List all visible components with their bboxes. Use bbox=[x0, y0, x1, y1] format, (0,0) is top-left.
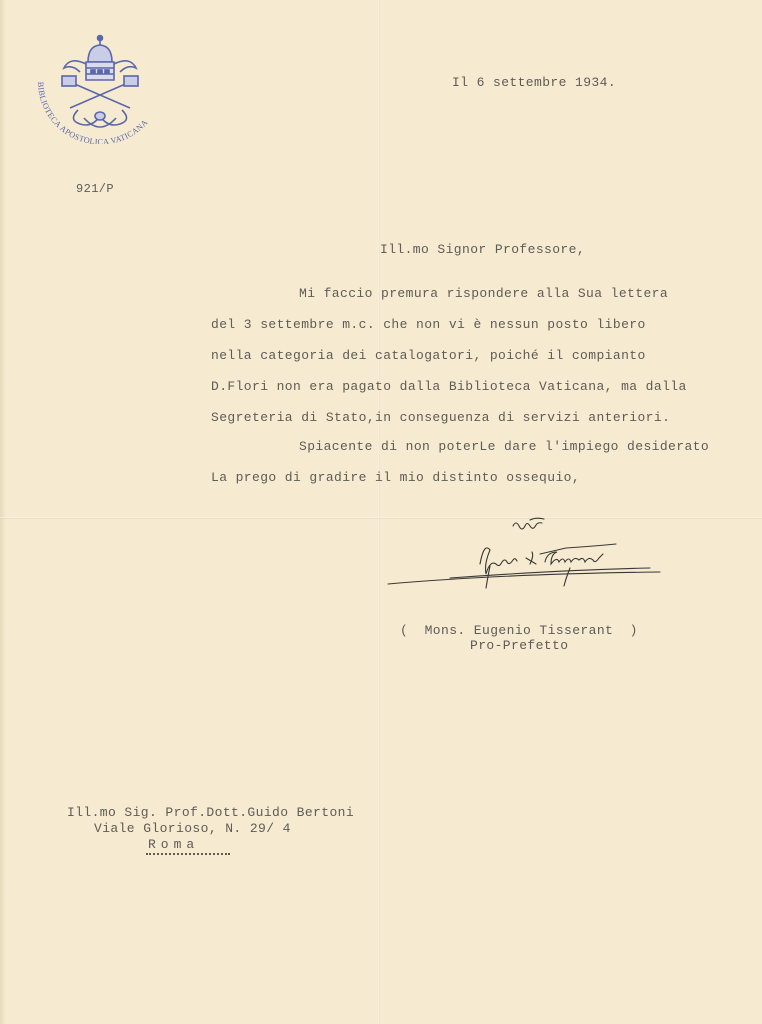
vatican-library-crest-icon: BIBLIOTECA APOSTOLICA VATICANA bbox=[28, 24, 173, 144]
body-line: Mi faccio premura rispondere alla Sua le… bbox=[299, 287, 668, 300]
protocol-number: 921/P bbox=[76, 183, 114, 195]
letter-paper: BIBLIOTECA APOSTOLICA VATICANA Il 6 sett… bbox=[0, 0, 762, 1024]
paper-edge-shadow bbox=[0, 0, 6, 1024]
body-line: D.Flori non era pagato dalla Biblioteca … bbox=[211, 380, 687, 393]
svg-text:BIBLIOTECA APOSTOLICA VATICANA: BIBLIOTECA APOSTOLICA VATICANA bbox=[36, 82, 150, 144]
recipient-name: Ill.mo Sig. Prof.Dott.Guido Bertoni bbox=[67, 806, 354, 819]
body-line: del 3 settembre m.c. che non vi è nessun… bbox=[211, 318, 646, 331]
salutation: Ill.mo Signor Professore, bbox=[380, 243, 585, 256]
recipient-city: Roma bbox=[148, 838, 199, 851]
signer-title: Pro-Prefetto bbox=[470, 639, 568, 652]
body-line: Spiacente di non poterLe dare l'impiego … bbox=[299, 440, 709, 453]
recipient-street: Viale Glorioso, N. 29/ 4 bbox=[94, 822, 291, 835]
institution-name: BIBLIOTECA APOSTOLICA VATICANA bbox=[36, 82, 150, 144]
body-line: nella categoria dei catalogatori, poiché… bbox=[211, 349, 646, 362]
body-line: Segreteria di Stato,in conseguenza di se… bbox=[211, 411, 670, 424]
handwritten-signature-icon bbox=[380, 508, 670, 598]
body-line: La prego di gradire il mio distinto osse… bbox=[211, 471, 580, 484]
letter-date: Il 6 settembre 1934. bbox=[452, 76, 616, 89]
city-underline bbox=[146, 853, 230, 855]
signer-name: ( Mons. Eugenio Tisserant ) bbox=[400, 624, 638, 637]
